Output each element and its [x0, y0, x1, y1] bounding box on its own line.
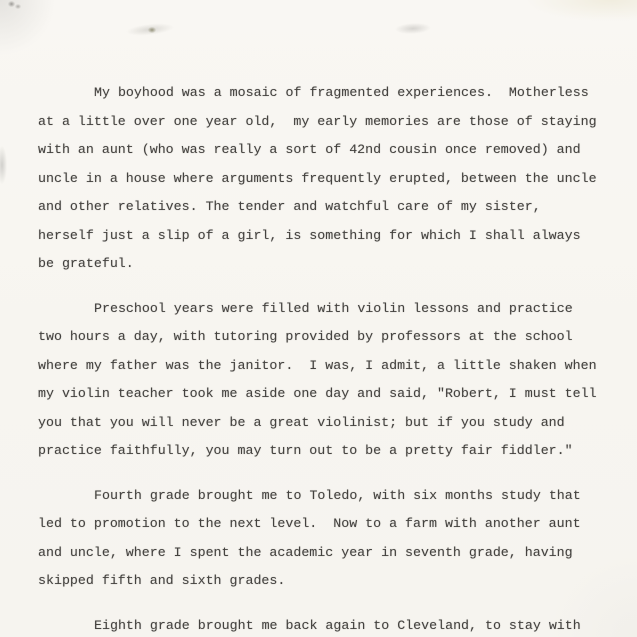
smudge-dot-left [148, 27, 156, 33]
text-line: and other relatives. The tender and watc… [38, 193, 613, 222]
document-body: My boyhood was a mosaic of fragmented ex… [38, 79, 613, 637]
paragraph: Preschool years were filled with violin … [38, 295, 613, 466]
text-line: Preschool years were filled with violin … [38, 295, 613, 324]
text-line: My boyhood was a mosaic of fragmented ex… [38, 79, 613, 108]
smudge-mark-left [126, 22, 175, 38]
text-line: my violin teacher took me aside one day … [38, 380, 613, 409]
corner-speck-icon [8, 1, 15, 7]
text-line: skipped fifth and sixth grades. [38, 567, 613, 596]
corner-speck-icon [15, 4, 21, 9]
text-line: where my father was the janitor. I was, … [38, 352, 613, 381]
text-line: you that you will never be a great violi… [38, 409, 613, 438]
text-line: at a little over one year old, my early … [38, 108, 613, 137]
scanned-page: My boyhood was a mosaic of fragmented ex… [0, 0, 637, 637]
text-line: be grateful. [38, 250, 613, 279]
paragraph: Fourth grade brought me to Toledo, with … [38, 482, 613, 596]
text-line: practice faithfully, you may turn out to… [38, 437, 613, 466]
paragraph: My boyhood was a mosaic of fragmented ex… [38, 79, 613, 279]
edge-streak-left [0, 146, 7, 184]
text-line: two hours a day, with tutoring provided … [38, 323, 613, 352]
text-line: Fourth grade brought me to Toledo, with … [38, 482, 613, 511]
text-line: with an aunt (who was really a sort of 4… [38, 136, 613, 165]
paragraph: Eighth grade brought me back again to Cl… [38, 612, 613, 637]
text-line: uncle in a house where arguments frequen… [38, 165, 613, 194]
text-line: and uncle, where I spent the academic ye… [38, 539, 613, 568]
text-line: led to promotion to the next level. Now … [38, 510, 613, 539]
text-line: Eighth grade brought me back again to Cl… [38, 612, 613, 637]
text-line: herself just a slip of a girl, is someth… [38, 222, 613, 251]
smudge-mark-right [395, 22, 432, 35]
